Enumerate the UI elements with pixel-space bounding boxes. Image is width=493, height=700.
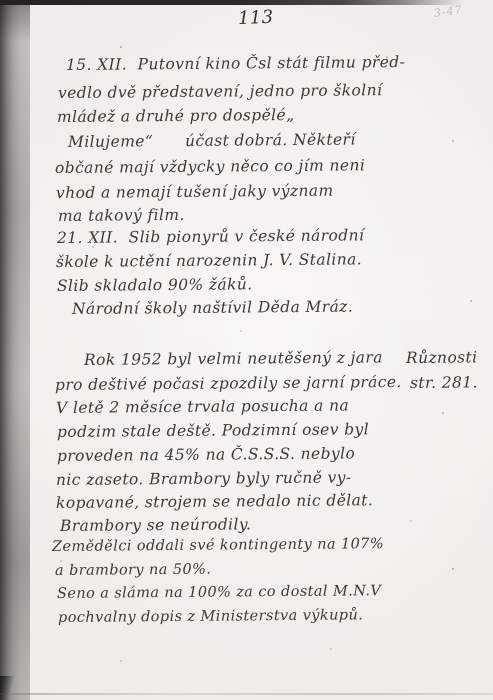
handwritten-line: vhod a nemají tušení jaky význam — [56, 182, 334, 202]
handwritten-line: Zemědělci oddali své kontingenty na 107% — [52, 536, 384, 555]
scan-shadow-left — [0, 0, 30, 700]
scan-line-bottom — [0, 693, 493, 695]
handwritten-line: podzim stale deště. Podzimní osev byl — [57, 420, 369, 441]
handwritten-line: Milujeme“ účast dobrá. Někteří — [68, 130, 356, 151]
page-number: 113 — [238, 7, 274, 29]
handwritten-line: proveden na 45% na Č.S.S.S. nebylo — [57, 444, 355, 465]
handwritten-line: ma takový film. — [58, 206, 185, 225]
paper-specks — [0, 0, 2, 2]
handwritten-line: mládež a druhé pro dospělé„ — [57, 106, 295, 126]
handwritten-line: Brambory se neúrodily. — [60, 515, 251, 535]
handwritten-line: vedlo dvě představení, jedno pro školní — [58, 81, 382, 102]
corner-pencil-mark: 3-47 — [433, 3, 463, 20]
handwritten-line: pro deštivé počasi zpozdily se jarní prá… — [55, 373, 402, 394]
scanned-page: 113 3-47 15. XII. Putovní kino Čsl stát … — [0, 0, 493, 700]
handwritten-line: Národní školy naštívil Děda Mráz. — [72, 298, 353, 318]
handwritten-line: kopavané, strojem se nedalo nic dělat. — [56, 491, 373, 512]
scan-shadow-top — [0, 0, 493, 5]
handwritten-line: 15. XII. Putovní kino Čsl stát filmu pře… — [66, 53, 405, 74]
margin-note-title: Různosti — [406, 348, 478, 367]
handwritten-line: Seno a sláma na 100% za co dostal M.N.V — [57, 583, 381, 602]
handwritten-line: škole k uctění narozenin J. V. Stalina. — [56, 250, 362, 271]
handwritten-line: 21. XII. Slib pionyrů v české národní — [57, 226, 364, 247]
handwritten-line: občané mají vždycky něco co jím neni — [55, 156, 365, 177]
handwritten-line: V letě 2 měsíce trvala posucha a na — [56, 396, 349, 417]
handwritten-line: pochvalny dopis z Ministerstva výkupů. — [58, 607, 363, 626]
handwritten-line: Slib skladalo 90% žáků. — [57, 275, 253, 295]
handwritten-line: nic zaseto. Brambory byly ručně vy- — [56, 468, 352, 489]
handwritten-line: Rok 1952 byl velmi neutěšený z jara — [84, 348, 383, 369]
scan-mark-bottom-left — [0, 676, 14, 700]
margin-note-page-ref: str. 281. — [410, 373, 478, 392]
handwritten-line: a brambory na 50%. — [55, 562, 211, 579]
